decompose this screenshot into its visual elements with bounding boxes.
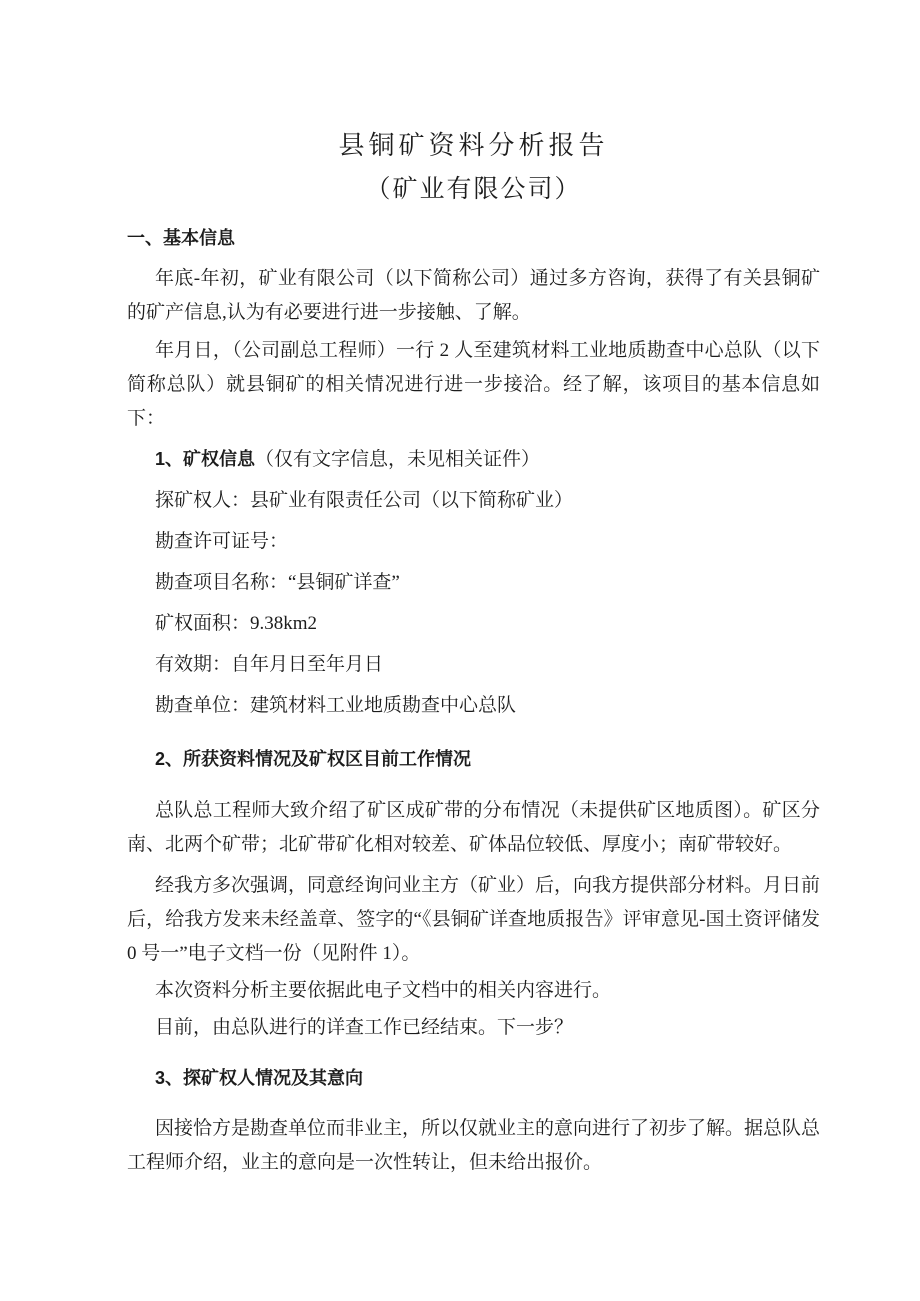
paragraph-analysis-basis: 本次资料分析主要依据此电子文档中的相关内容进行。	[127, 974, 820, 1008]
list-item-project-name: 勘查项目名称：“县铜矿详查”	[127, 566, 820, 600]
paragraph-intro: 年底-年初，矿业有限公司（以下简称公司）通过多方咨询，获得了有关县铜矿的矿产信息…	[127, 262, 820, 330]
document-page: 县铜矿资料分析报告 （矿业有限公司） 一、基本信息 年底-年初，矿业有限公司（以…	[0, 0, 920, 1301]
subsection-heading-materials-status: 2、所获资料情况及矿权区目前工作情况	[127, 742, 820, 776]
list-item-area: 矿权面积：9.38km2	[127, 607, 820, 641]
list-item-license-number: 勘查许可证号：	[127, 525, 820, 559]
document-title: 县铜矿资料分析报告	[127, 128, 820, 164]
list-item-explorer: 探矿权人：县矿业有限责任公司（以下简称矿业）	[127, 484, 820, 518]
document-subtitle: （矿业有限公司）	[127, 172, 820, 208]
list-item-validity: 有效期：自年月日至年月日	[127, 648, 820, 682]
paragraph-owner-intention: 因接恰方是勘查单位而非业主，所以仅就业主的意向进行了初步了解。据总队总工程师介绍…	[127, 1112, 820, 1180]
paragraph-documents-received: 经我方多次强调，同意经询问业主方（矿业）后，向我方提供部分材料。月日前后，给我方…	[127, 869, 820, 971]
paragraph-visit: 年月日，（公司副总工程师）一行 2 人至建筑材料工业地质勘查中心总队（以下简称总…	[127, 334, 820, 436]
subsection-1-note: （仅有文字信息，未见相关证件）	[255, 449, 540, 470]
subsection-heading-owner-intention: 3、探矿权人情况及其意向	[127, 1061, 820, 1095]
subsection-1-label: 1、矿权信息	[155, 449, 255, 469]
section-heading-basic-info: 一、基本信息	[127, 226, 820, 250]
subsection-heading-mining-rights: 1、矿权信息（仅有文字信息，未见相关证件）	[127, 442, 820, 477]
paragraph-ore-belts: 总队总工程师大致介绍了矿区成矿带的分布情况（未提供矿区地质图）。矿区分南、北两个…	[127, 794, 820, 862]
list-item-survey-unit: 勘查单位：建筑材料工业地质勘查中心总队	[127, 689, 820, 723]
paragraph-current-status: 目前，由总队进行的详查工作已经结束。下一步？	[127, 1011, 820, 1045]
